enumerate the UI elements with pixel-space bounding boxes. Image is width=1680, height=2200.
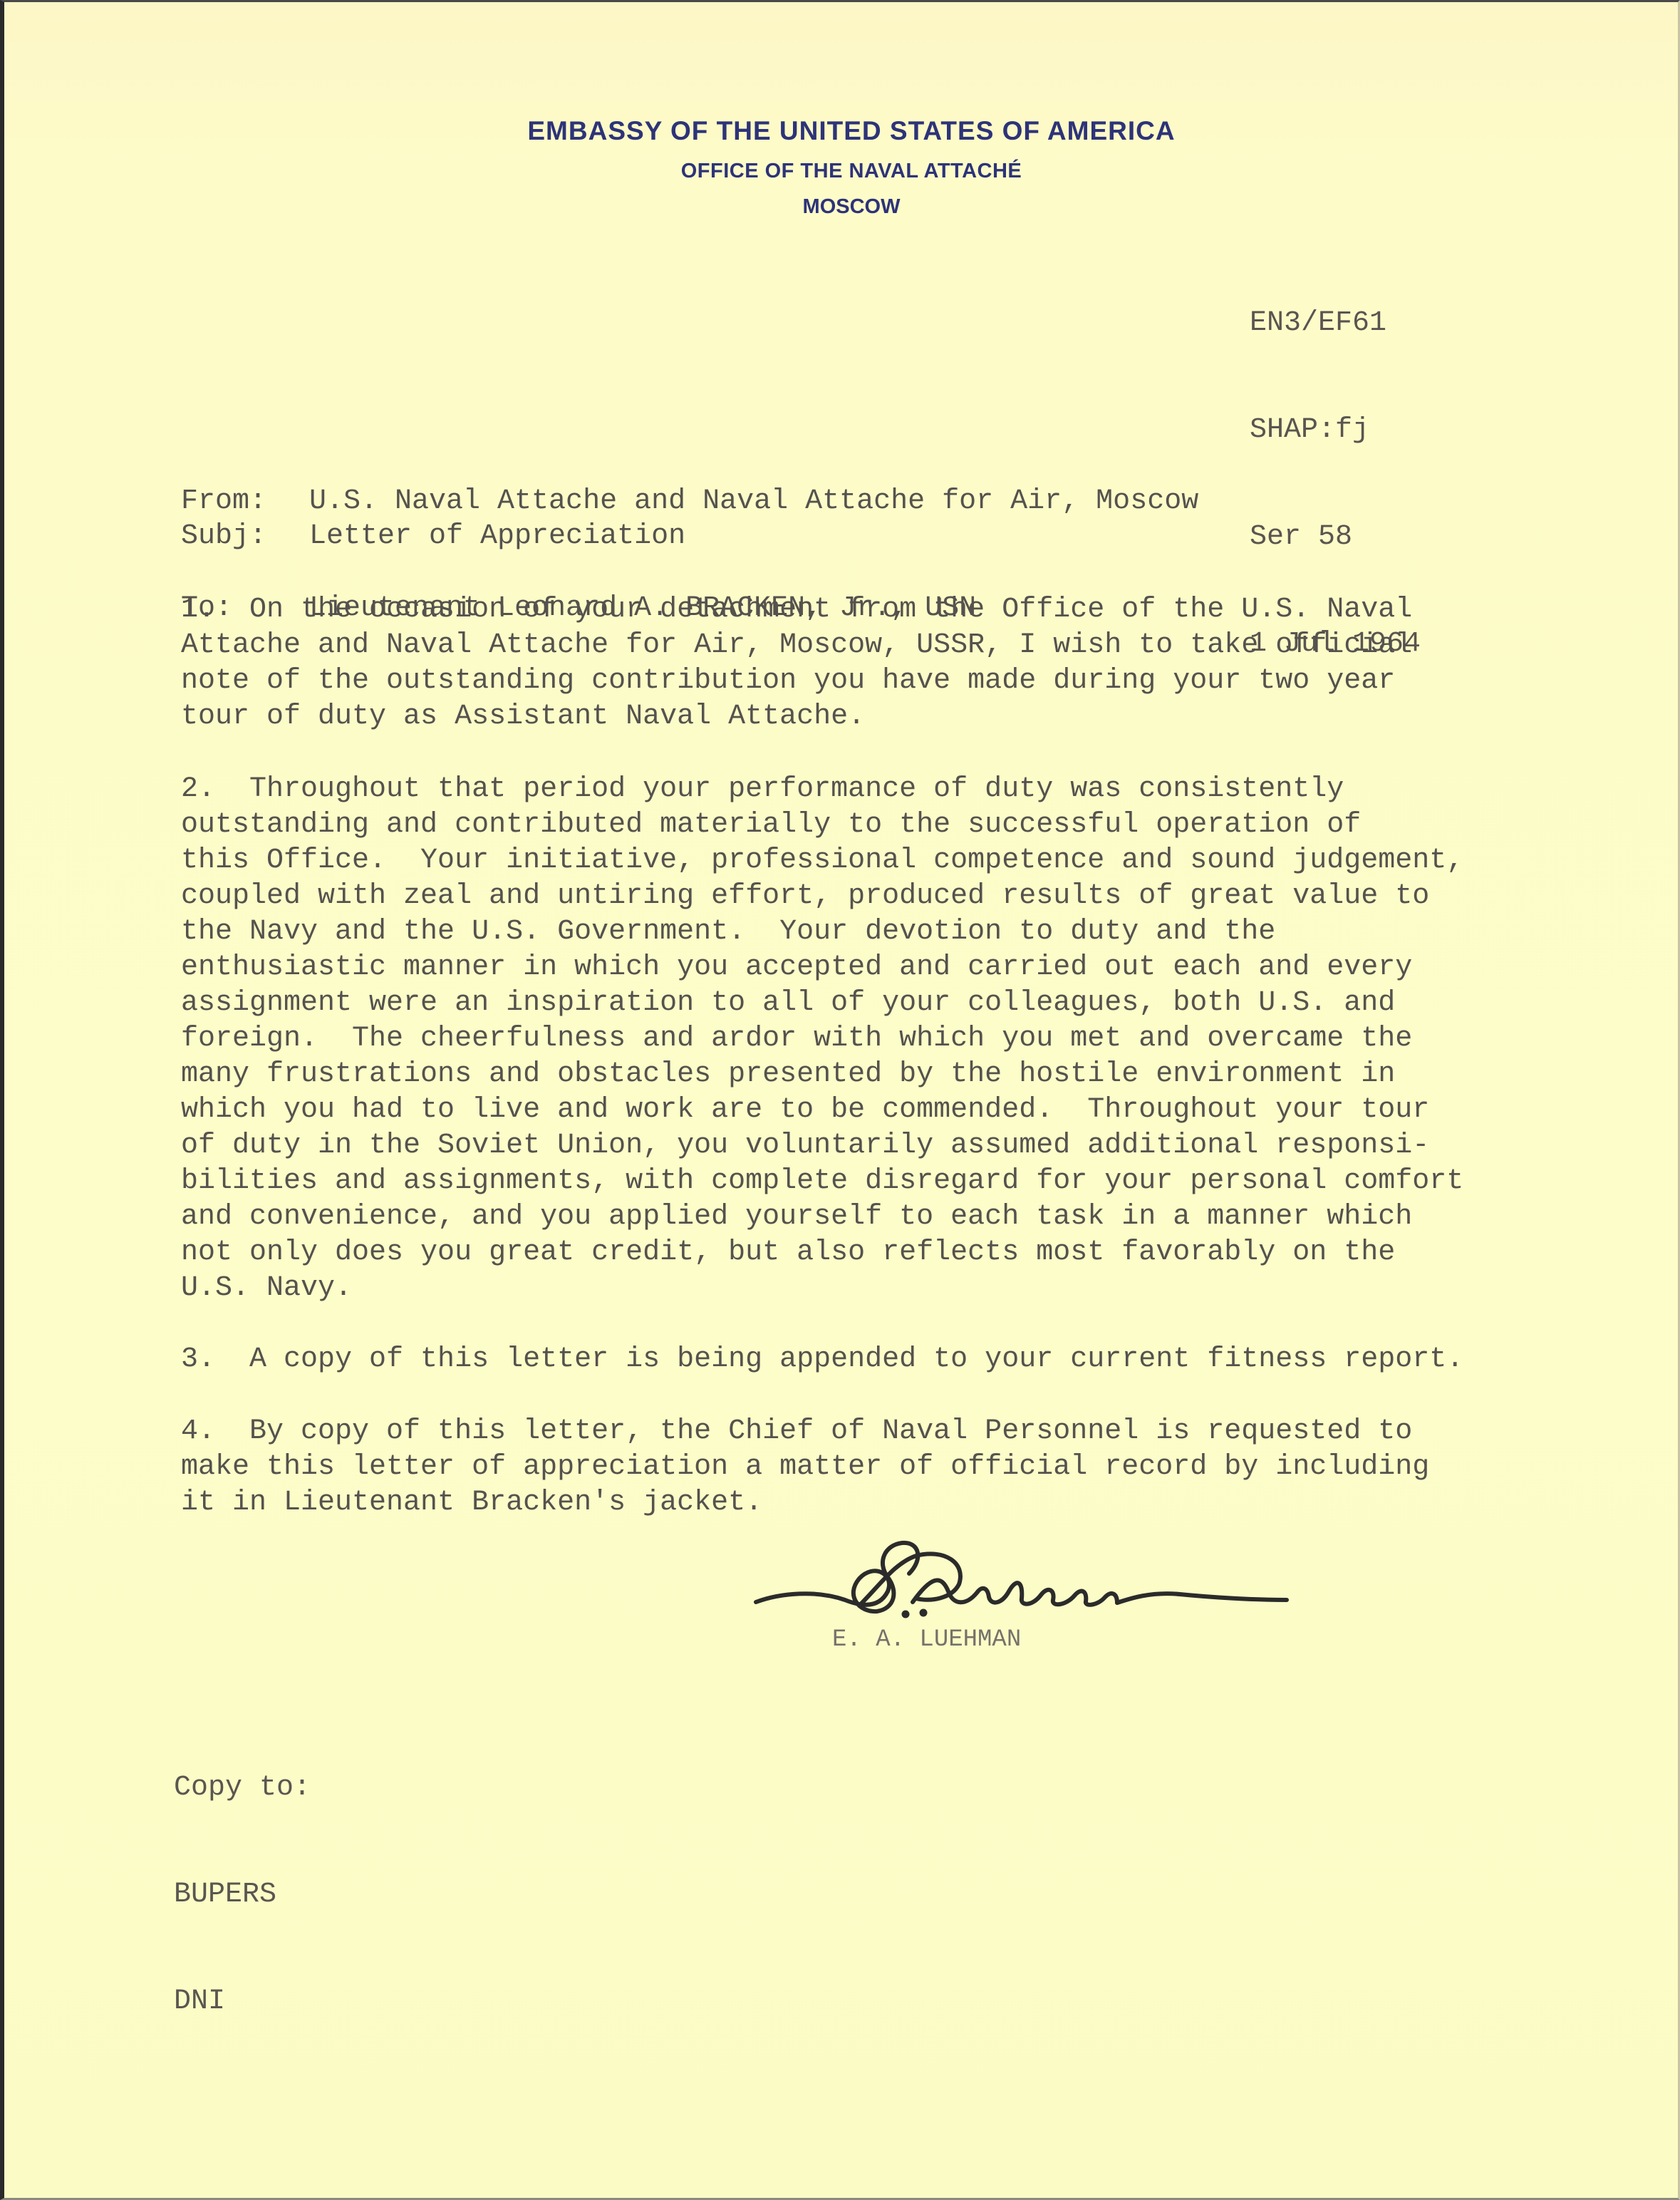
text-line: 3. A copy of this letter is being append… (181, 1342, 1463, 1378)
file-code: EN3/EF61 (1250, 306, 1421, 341)
text-line: it in Lieutenant Bracken's jacket. (181, 1485, 1429, 1521)
text-line: not only does you great credit, but also… (181, 1235, 1463, 1271)
copy-to-label: Copy to: (174, 1770, 311, 1806)
subject-line: Subj:Letter of Appreciation (181, 519, 685, 554)
text-line: coupled with zeal and untiring effort, p… (181, 879, 1463, 914)
paragraph-2: 2. Throughout that period your performan… (181, 772, 1463, 1306)
from-row: From:U.S. Naval Attache and Naval Attach… (181, 484, 1198, 520)
copy-recipient: DNI (174, 1984, 311, 2020)
letterhead-embassy: EMBASSY OF THE UNITED STATES OF AMERICA (11, 116, 1680, 146)
from-value: U.S. Naval Attache and Naval Attache for… (309, 485, 1198, 517)
text-line: foreign. The cheerfulness and ardor with… (181, 1021, 1463, 1057)
text-line: assignment were an inspiration to all of… (181, 986, 1463, 1021)
text-line: of duty in the Soviet Union, you volunta… (181, 1128, 1463, 1164)
from-label: From: (181, 484, 309, 520)
letterhead-office: OFFICE OF THE NAVAL ATTACHÉ (11, 160, 1680, 183)
text-line: make this letter of appreciation a matte… (181, 1450, 1429, 1485)
copy-to-block: Copy to: BUPERS DNI (174, 1699, 311, 2091)
text-line: this Office. Your initiative, profession… (181, 843, 1463, 879)
text-line: 1. On the occasion of your detachment fr… (181, 592, 1412, 628)
text-line: many frustrations and obstacles presente… (181, 1057, 1463, 1093)
text-line: 2. Throughout that period your performan… (181, 772, 1463, 807)
text-line: outstanding and contributed materially t… (181, 807, 1463, 843)
paragraph-3: 3. A copy of this letter is being append… (181, 1342, 1463, 1378)
paragraph-4: 4. By copy of this letter, the Chief of … (181, 1414, 1429, 1521)
text-line: U.S. Navy. (181, 1271, 1463, 1306)
initials: SHAP:fj (1250, 413, 1421, 448)
text-line: bilities and assignments, with complete … (181, 1164, 1463, 1199)
text-line: note of the outstanding contribution you… (181, 663, 1412, 699)
serial-number: Ser 58 (1250, 520, 1421, 555)
subject-label: Subj: (181, 519, 309, 554)
text-line: enthusiastic manner in which you accepte… (181, 950, 1463, 986)
text-line: tour of duty as Assistant Naval Attache. (181, 699, 1412, 735)
signatory-name: E. A. LUEHMAN (832, 1626, 1021, 1654)
text-line: and convenience, and you applied yoursel… (181, 1199, 1463, 1235)
handwritten-signature (752, 1534, 1294, 1627)
copy-recipient: BUPERS (174, 1877, 311, 1913)
subject-value: Letter of Appreciation (309, 520, 685, 552)
text-line: 4. By copy of this letter, the Chief of … (181, 1414, 1429, 1450)
letter-page: EMBASSY OF THE UNITED STATES OF AMERICA … (0, 0, 1680, 2200)
letterhead-city: MOSCOW (11, 195, 1680, 219)
text-line: which you had to live and work are to be… (181, 1093, 1463, 1128)
text-line: Attache and Naval Attache for Air, Mosco… (181, 628, 1412, 663)
text-line: the Navy and the U.S. Government. Your d… (181, 914, 1463, 950)
paragraph-1: 1. On the occasion of your detachment fr… (181, 592, 1412, 735)
